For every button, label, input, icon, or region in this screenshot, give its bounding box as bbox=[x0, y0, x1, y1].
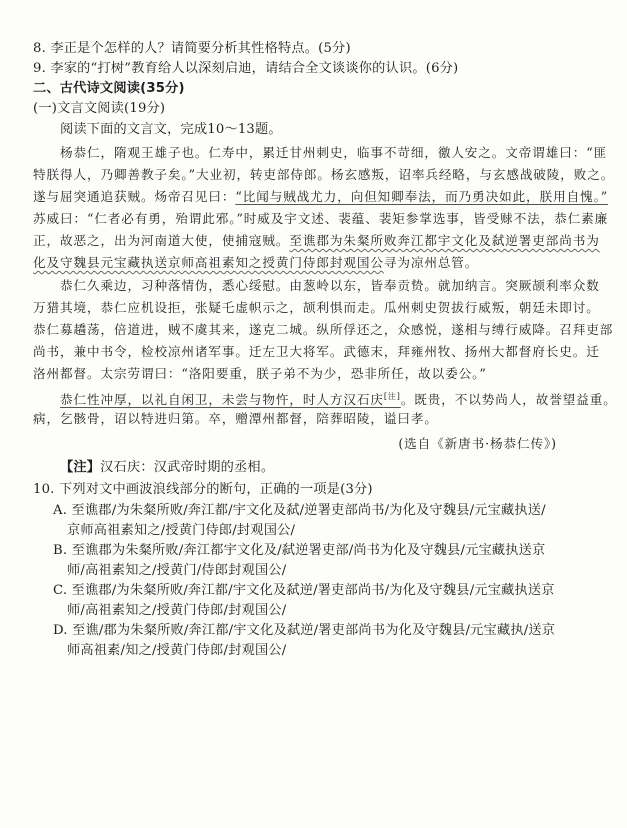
passage-line: 恭仁性冲厚，以礼自闲卫，未尝与物忤，时人方汉石庆[注]。既贵，不以势尚人，故誉望… bbox=[60, 388, 617, 409]
option-label: C. bbox=[53, 583, 67, 598]
q10-option-b-cont: 师/高祖素知之/授黄门/侍郎封观国公/ bbox=[67, 562, 286, 580]
note-reference: [注] bbox=[384, 392, 401, 401]
q10-option-c-cont: 师/高祖素知之/授黄门侍郎/封观国公/ bbox=[67, 602, 286, 620]
passage-line: 洛州都督。太宗劳谓曰：“洛阳要重，朕子弟不为少，恐非所任，故以委公。” bbox=[33, 365, 487, 383]
passage-line: 杨恭仁，隋观王雄子也。仁寿中，累迁甘州刺史，临事不苛细，徼人安之。文帝谓雄曰：“… bbox=[60, 144, 607, 162]
annotation-label: 【注】 bbox=[60, 460, 100, 475]
passage-text: 寻为凉州总管。 bbox=[384, 255, 478, 270]
question-10-stem: 10. 下列对文中画波浪线部分的断句，正确的一项是(3分) bbox=[33, 481, 373, 499]
passage-line: 遂与屈突通追获贼。炀帝召见曰：“比闻与贼战尤力，向但知卿奉法，而乃勇决如此，朕用… bbox=[33, 188, 608, 206]
q10-option-c[interactable]: C. 至谯郡/为朱粲所败/奔江都/宇文化及弑逆/署吏部尚书/为化及守魏县/元宝藏… bbox=[53, 582, 555, 600]
option-text: 至谯郡为朱粲所败/奔江都宇文化及/弑逆署吏部/尚书为化及守魏县/元宝藏执送京 bbox=[72, 543, 546, 558]
passage-text: 恭仁性冲厚，以礼自闲卫，未尝与物忤，时人方汉石庆 bbox=[60, 392, 384, 407]
passage-instruction: 阅读下面的文言文，完成10～13题。 bbox=[60, 121, 282, 139]
q10-option-d-cont: 师高祖素/知之/授黄门侍郎/封观国公/ bbox=[67, 642, 286, 660]
passage-source: (选自《新唐书·杨恭仁传》) bbox=[398, 435, 557, 453]
passage-line: 化及守魏县元宝藏执送京师高祖素知之授黄门侍郎封观国公寻为凉州总管。 bbox=[33, 254, 478, 272]
wavy-underline-segment: 至谯郡为朱粲所败奔江都宇文化及弑逆署吏部尚书为 bbox=[289, 233, 599, 248]
q10-option-b[interactable]: B. 至谯郡为朱粲所败/奔江都宇文化及/弑逆署吏部/尚书为化及守魏县/元宝藏执送… bbox=[53, 542, 545, 560]
passage-text: 。既贵，不以势尚人，故誉望益重。 bbox=[401, 392, 617, 407]
passage-line: 特朕得人，乃卿善教子矣。”大业初，转吏部侍郎。杨玄感叛，诏率兵经略，与玄感战破陵… bbox=[33, 166, 614, 184]
section-title: 二、古代诗文阅读(35分) bbox=[33, 80, 185, 98]
translation-underline: “比闻与贼战尤力，向但知卿奉法，而乃勇决如此，朕用自愧。” bbox=[235, 189, 608, 204]
option-label: A. bbox=[53, 503, 67, 518]
q10-option-a[interactable]: A. 至谯郡/为朱粲所败/奔江都/宇文化及弑/逆署吏部尚书/为化及守魏县/元宝藏… bbox=[53, 502, 546, 520]
question-9: 9. 李家的“打树”教育给人以深刻启迪，请结合全文谈谈你的认识。(6分) bbox=[33, 60, 458, 78]
translation-underline: 恭仁性冲厚，以礼自闲卫，未尝与物忤，时人方汉石庆[注] bbox=[60, 392, 401, 407]
option-label: B. bbox=[53, 543, 67, 558]
passage-line: 尚书，兼中书令，检校凉州诸军事。迁左卫大将军。武德末，拜雍州牧、扬州大都督府长史… bbox=[33, 343, 600, 361]
passage-line: 正，故恶之，出为河南道大使，使捕寇贼。至谯郡为朱粲所败奔江都宇文化及弑逆署吏部尚… bbox=[33, 232, 600, 250]
annotation: 【注】汉石庆：汉武帝时期的丞相。 bbox=[60, 459, 274, 477]
passage-line: 万猎其境，恭仁应机设拒，张疑乇虚帜示之，颉利惧而走。瓜州刺史贺拔行威叛，朝廷未即… bbox=[33, 299, 600, 317]
option-text: 至谯郡/为朱粲所败/奔江都/宇文化及弑逆/署吏部尚书/为化及守魏县/元宝藏执送京 bbox=[72, 583, 555, 598]
option-label: D. bbox=[53, 623, 68, 638]
passage-text: 正，故恶之，出为河南道大使，使捕寇贼。 bbox=[33, 233, 289, 248]
passage-line: 病，乞骸骨，诏以特进归第。卒，赠潭州都督，陪葬昭陵，谥曰孝。 bbox=[33, 410, 438, 428]
question-8: 8. 李正是个怎样的人？请简要分析其性格特点。(5分) bbox=[33, 40, 351, 58]
passage-line: 恭仁募趫荡，倍道进，贼不虞其来，遂克二城。纵所俘还之，众感悦，遂相与缚行威降。召… bbox=[33, 321, 613, 339]
q10-option-a-cont: 京师高祖素知之/授黄门侍郎/封观国公/ bbox=[67, 522, 295, 540]
section-subtitle: (一)文言文阅读(19分) bbox=[33, 100, 165, 118]
option-text: 至谯郡/为朱粲所败/奔江都/宇文化及弑/逆署吏部尚书/为化及守魏县/元宝藏执送/ bbox=[72, 503, 546, 518]
passage-text: 遂与屈突通追获贼。炀帝召见曰： bbox=[33, 189, 235, 204]
wavy-underline-segment: 化及守魏县元宝藏执送京师高祖素知之授黄门侍郎封观国公 bbox=[33, 255, 384, 270]
annotation-text: 汉石庆：汉武帝时期的丞相。 bbox=[100, 460, 274, 475]
passage-line: 苏威曰：“仁者必有勇，殆谓此邪。”时威及宇文述、裴蕴、裴矩参掌选事，皆受赇不法，… bbox=[33, 210, 608, 228]
passage-line: 恭仁久乘边，习种落情伪，悉心绥慰。由葱岭以东，皆奉贡贽。就加纳言。突厥颉利率众数 bbox=[60, 277, 600, 295]
option-text: 至谯/郡为朱粲所败/奔江都/宇文化及弑逆/署吏部尚书为化及守魏县/元宝藏执/送京 bbox=[72, 623, 555, 638]
q10-option-d[interactable]: D. 至谯/郡为朱粲所败/奔江都/宇文化及弑逆/署吏部尚书为化及守魏县/元宝藏执… bbox=[53, 622, 555, 640]
exam-page: 8. 李正是个怎样的人？请简要分析其性格特点。(5分) 9. 李家的“打树”教育… bbox=[0, 0, 627, 828]
